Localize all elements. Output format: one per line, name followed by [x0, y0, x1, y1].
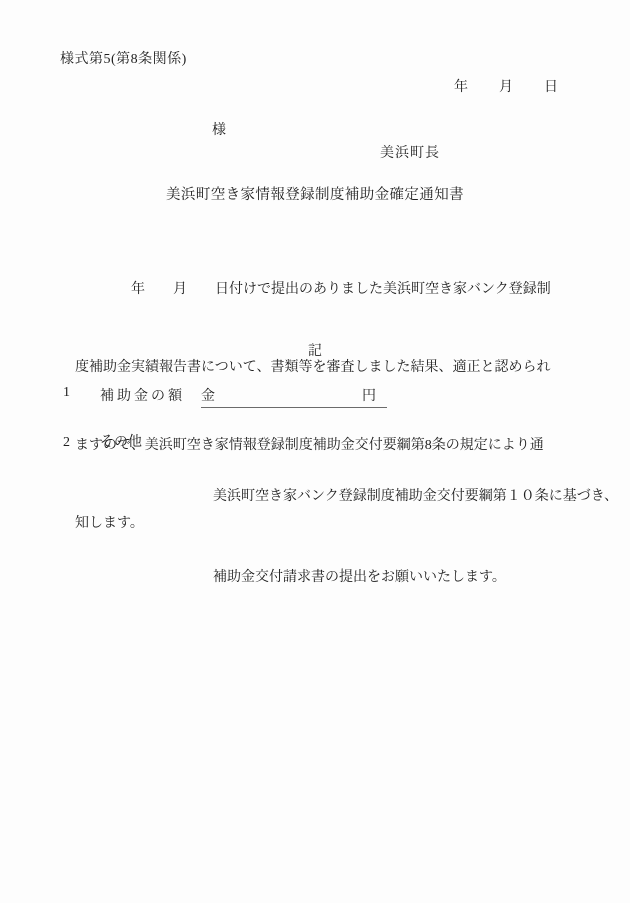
document-page: 様式第5(第8条関係) 年 月 日 様 美浜町長 美浜町空き家情報登録制度補助金…: [0, 0, 630, 903]
amount-prefix: 金: [201, 385, 215, 405]
date-line: 年 月 日: [454, 76, 559, 96]
item-other-line-2: 補助金交付請求書の提出をお願いいたします。: [213, 564, 618, 591]
amount-suffix: 円: [362, 385, 376, 405]
item-label-other: その他: [100, 429, 142, 456]
item-other: 2 その他 美浜町空き家バンク登録制度補助金交付要綱第１０条に基づき、 補助金交…: [0, 429, 630, 564]
amount-blank-line: [215, 399, 362, 400]
body-line-1: 年 月 日付けで提出のありました美浜町空き家バンク登録制: [75, 277, 585, 303]
recipient-honorific: 様: [212, 119, 226, 139]
document-title: 美浜町空き家情報登録制度補助金確定通知書: [0, 183, 630, 204]
item-number: 1: [63, 385, 70, 401]
form-number: 様式第5(第8条関係): [60, 48, 187, 68]
issuer-name: 美浜町長: [380, 142, 440, 162]
notice-marker: 記: [0, 340, 630, 360]
item-number: 2: [63, 429, 70, 456]
amount-field: 金 円: [201, 385, 387, 408]
item-other-line-1: 美浜町空き家バンク登録制度補助金交付要綱第１０条に基づき、: [213, 483, 618, 510]
item-label-subsidy-amount: 補助金の額: [100, 385, 185, 405]
item-other-text: 美浜町空き家バンク登録制度補助金交付要綱第１０条に基づき、 補助金交付請求書の提…: [213, 429, 618, 645]
